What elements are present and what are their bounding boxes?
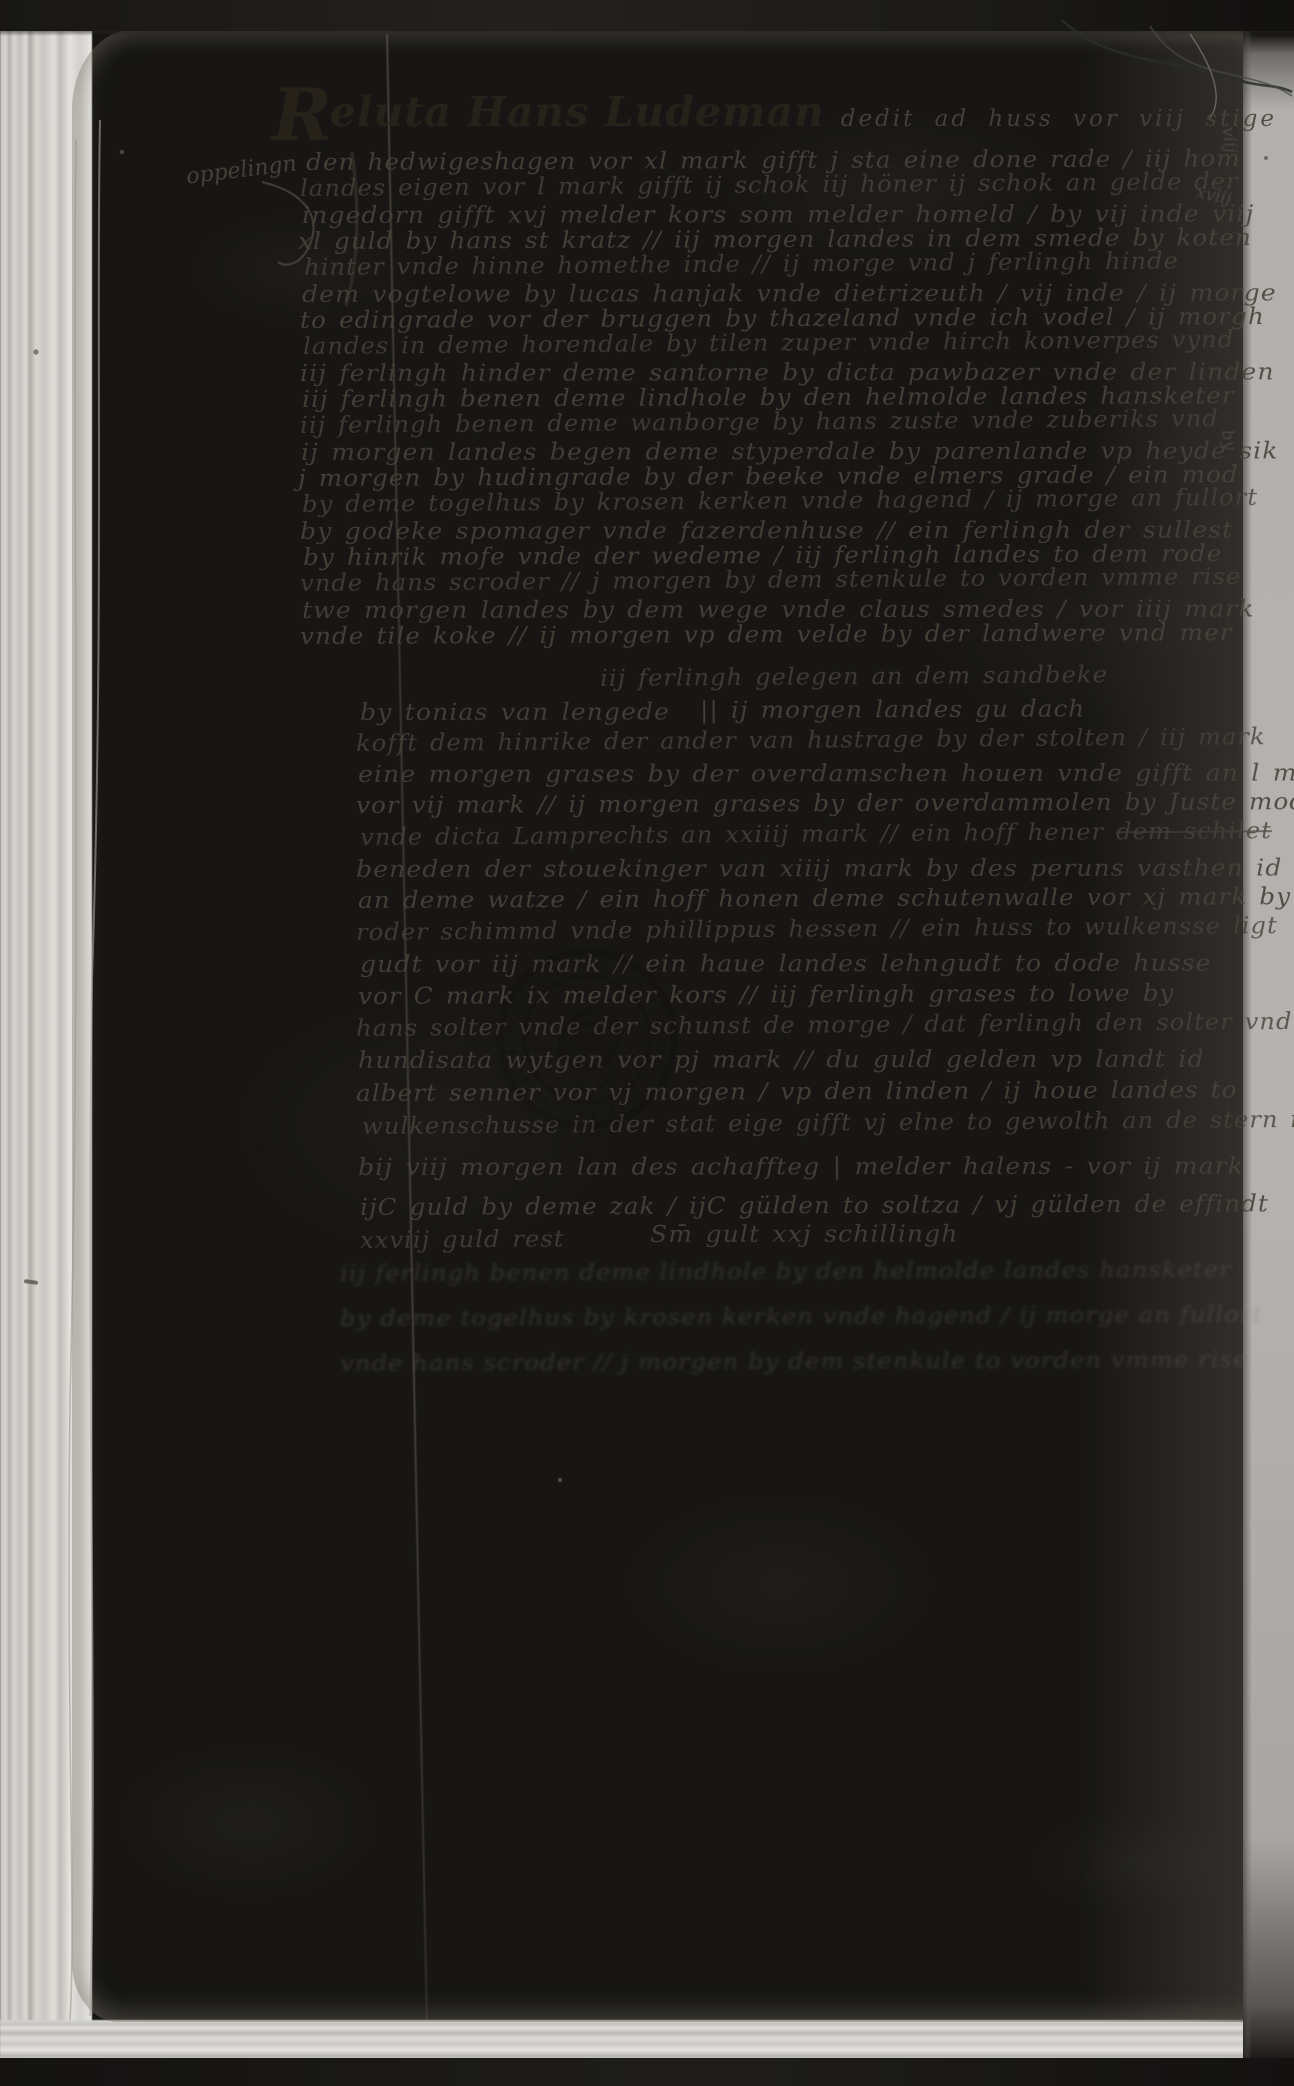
manuscript-line: eine morgen grases by der overdamschen h… bbox=[358, 760, 1294, 788]
ghost-line: by deme togelhus by krosen kerken vnde h… bbox=[340, 1303, 1263, 1332]
round-ink-stamp bbox=[492, 944, 682, 1134]
manuscript-line: || ij morgen landes gu dach bbox=[700, 696, 1085, 724]
manuscript-line: vnde dicta Lamprechts an xxiiij mark // … bbox=[360, 818, 1272, 851]
manuscript-line: xxviij guld rest bbox=[360, 1226, 565, 1254]
manuscript-line: iij ferlingh gelegen an dem sandbeke bbox=[600, 662, 1108, 692]
ghost-line: vnde hans scroder // j morgen by dem ste… bbox=[340, 1348, 1249, 1377]
manuscript-line: bij viij morgen lan des achaffteg | meld… bbox=[358, 1154, 1244, 1181]
manuscript-line: landes in deme horendale by tilen zuper … bbox=[303, 327, 1234, 360]
manuscript-line: Sm̄ gult xxj schillingh bbox=[650, 1222, 959, 1248]
manuscript-line: hinter vnde hinne homethe inde // ij mor… bbox=[304, 248, 1179, 281]
manuscript-line: vor vij mark // ij morgen grases by der … bbox=[356, 789, 1294, 819]
manuscript-line: iij ferlingh benen deme wanborge by hans… bbox=[300, 406, 1219, 439]
edge-curl-mark: by bbox=[1217, 428, 1240, 452]
manuscript-line: ijC guld by deme zak / ijC gülden to sol… bbox=[360, 1191, 1269, 1221]
manuscript-line: roder schimmd vnde phillippus hessen // … bbox=[356, 913, 1278, 946]
manuscript-line: hundisata wytgen vor pj mark // du guld … bbox=[358, 1047, 1205, 1074]
manuscript-line: vnde tile koke // ij morgen vp dem velde… bbox=[300, 620, 1233, 650]
manuscript-line: an deme watze / ein hoff honen deme schu… bbox=[358, 884, 1291, 914]
manuscript-line: albert senner vor vj morgen / vp den lin… bbox=[356, 1077, 1238, 1107]
manuscript-line: gudt vor iij mark // ein haue landes leh… bbox=[360, 951, 1212, 978]
edge-curl-mark: viij bbox=[1218, 126, 1241, 154]
manuscript-line: by tonias van lengede bbox=[360, 700, 670, 726]
manuscript-line: beneden der stouekinger van xiiij mark b… bbox=[356, 856, 1282, 883]
manuscript-photo: Reluta Hans Ludemandedit ad huss vor vii… bbox=[0, 0, 1294, 2086]
manuscript-line: vor C mark ix melder kors // iij ferling… bbox=[358, 981, 1175, 1010]
ghost-line: iij ferlingh benen deme lindhole by den … bbox=[340, 1258, 1232, 1287]
manuscript-line: kofft dem hinrike der ander van hustrage… bbox=[356, 724, 1266, 757]
